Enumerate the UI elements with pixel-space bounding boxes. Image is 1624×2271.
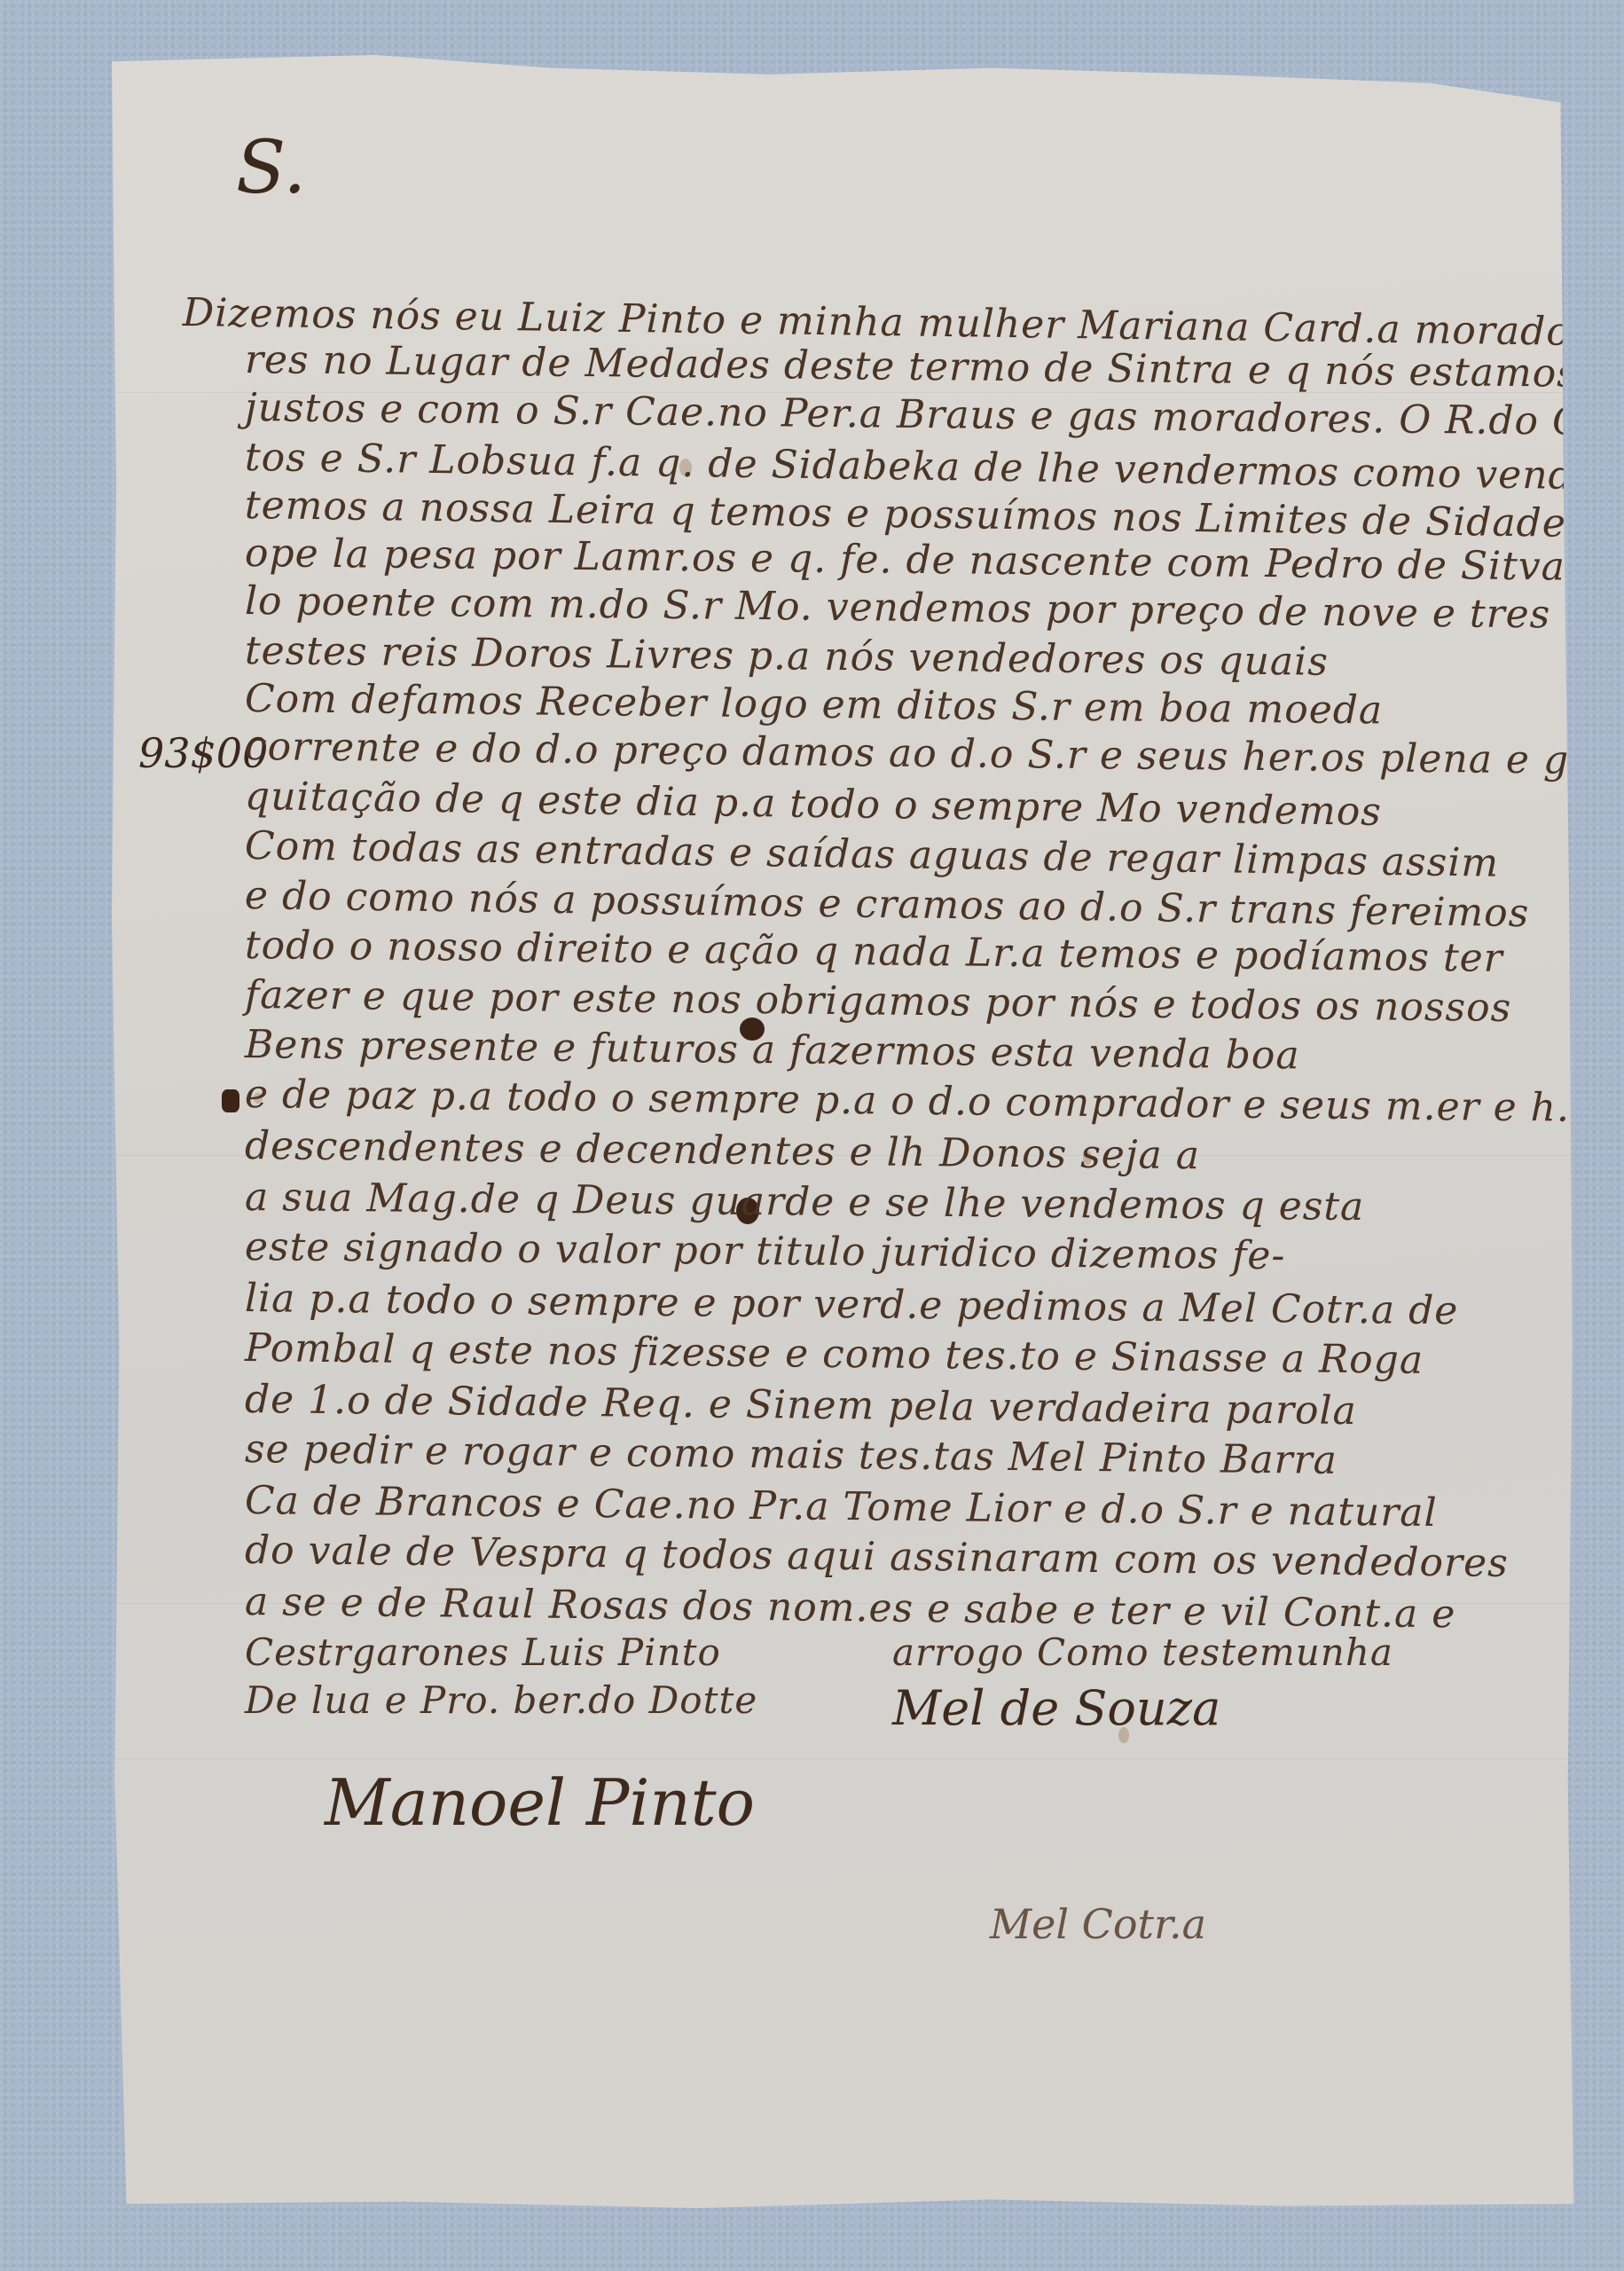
text-line: descendentes e decendentes e lh Donos se… bbox=[245, 1123, 1200, 1178]
ink-blot bbox=[222, 1089, 239, 1112]
text-line: a se e de Raul Rosas dos nom.es e sabe e… bbox=[245, 1579, 1456, 1637]
heading-mark: S. bbox=[236, 126, 306, 210]
text-line: e de paz p.a todo o sempre p.a o d.o com… bbox=[245, 1072, 1624, 1133]
text-line: este signado o valor por titulo juridico… bbox=[245, 1224, 1286, 1278]
text-line: Cestrgarones Luis Pinto bbox=[245, 1631, 721, 1674]
text-line: do vale de Vespra q todos aqui assinaram… bbox=[245, 1528, 1509, 1586]
text-line: Ca de Brancos e Cae.no Pr.a Tome Lior e … bbox=[245, 1478, 1438, 1536]
manuscript-page: S. 93$00 Dizemos nós eu Luiz Pinto e min… bbox=[112, 55, 1575, 2212]
paper-fold bbox=[112, 1758, 1575, 1761]
text-line: Com defamos Receber logo em ditos S.r em… bbox=[245, 676, 1384, 733]
closing-line: De lua e Pro. ber.do Dotte bbox=[245, 1678, 757, 1722]
text-line: Bens presente e futuros a fazermos esta … bbox=[245, 1022, 1300, 1078]
signature-mel-de-souza: Mel de Souza bbox=[892, 1680, 1220, 1736]
text-line: lia p.a todo o sempre e por verd.e pedim… bbox=[245, 1276, 1459, 1333]
signature-mel-cotra: Mel Cotr.a bbox=[990, 1900, 1206, 1948]
text-line: se pedir e rogar e como mais tes.tas Mel… bbox=[245, 1426, 1338, 1483]
text-line: corrente e do d.o preço damos ao d.o S.r… bbox=[245, 724, 1624, 784]
text-line: a sua Mag.de q Deus guarde e se lhe vend… bbox=[245, 1175, 1365, 1230]
text-line: de 1.o de Sidade Req. e Sinem pela verda… bbox=[245, 1377, 1357, 1434]
text-line: testes reis Doros Livres p.a nós vendedo… bbox=[245, 628, 1329, 685]
text-line: Pombal q este nos fizesse e como tes.to … bbox=[245, 1325, 1424, 1383]
signature-manoel-pinto: Manoel Pinto bbox=[325, 1765, 755, 1840]
closing-line: arrogo Como testemunha bbox=[892, 1631, 1393, 1674]
text-line: fazer e que por este nos obrigamos por n… bbox=[245, 972, 1512, 1031]
